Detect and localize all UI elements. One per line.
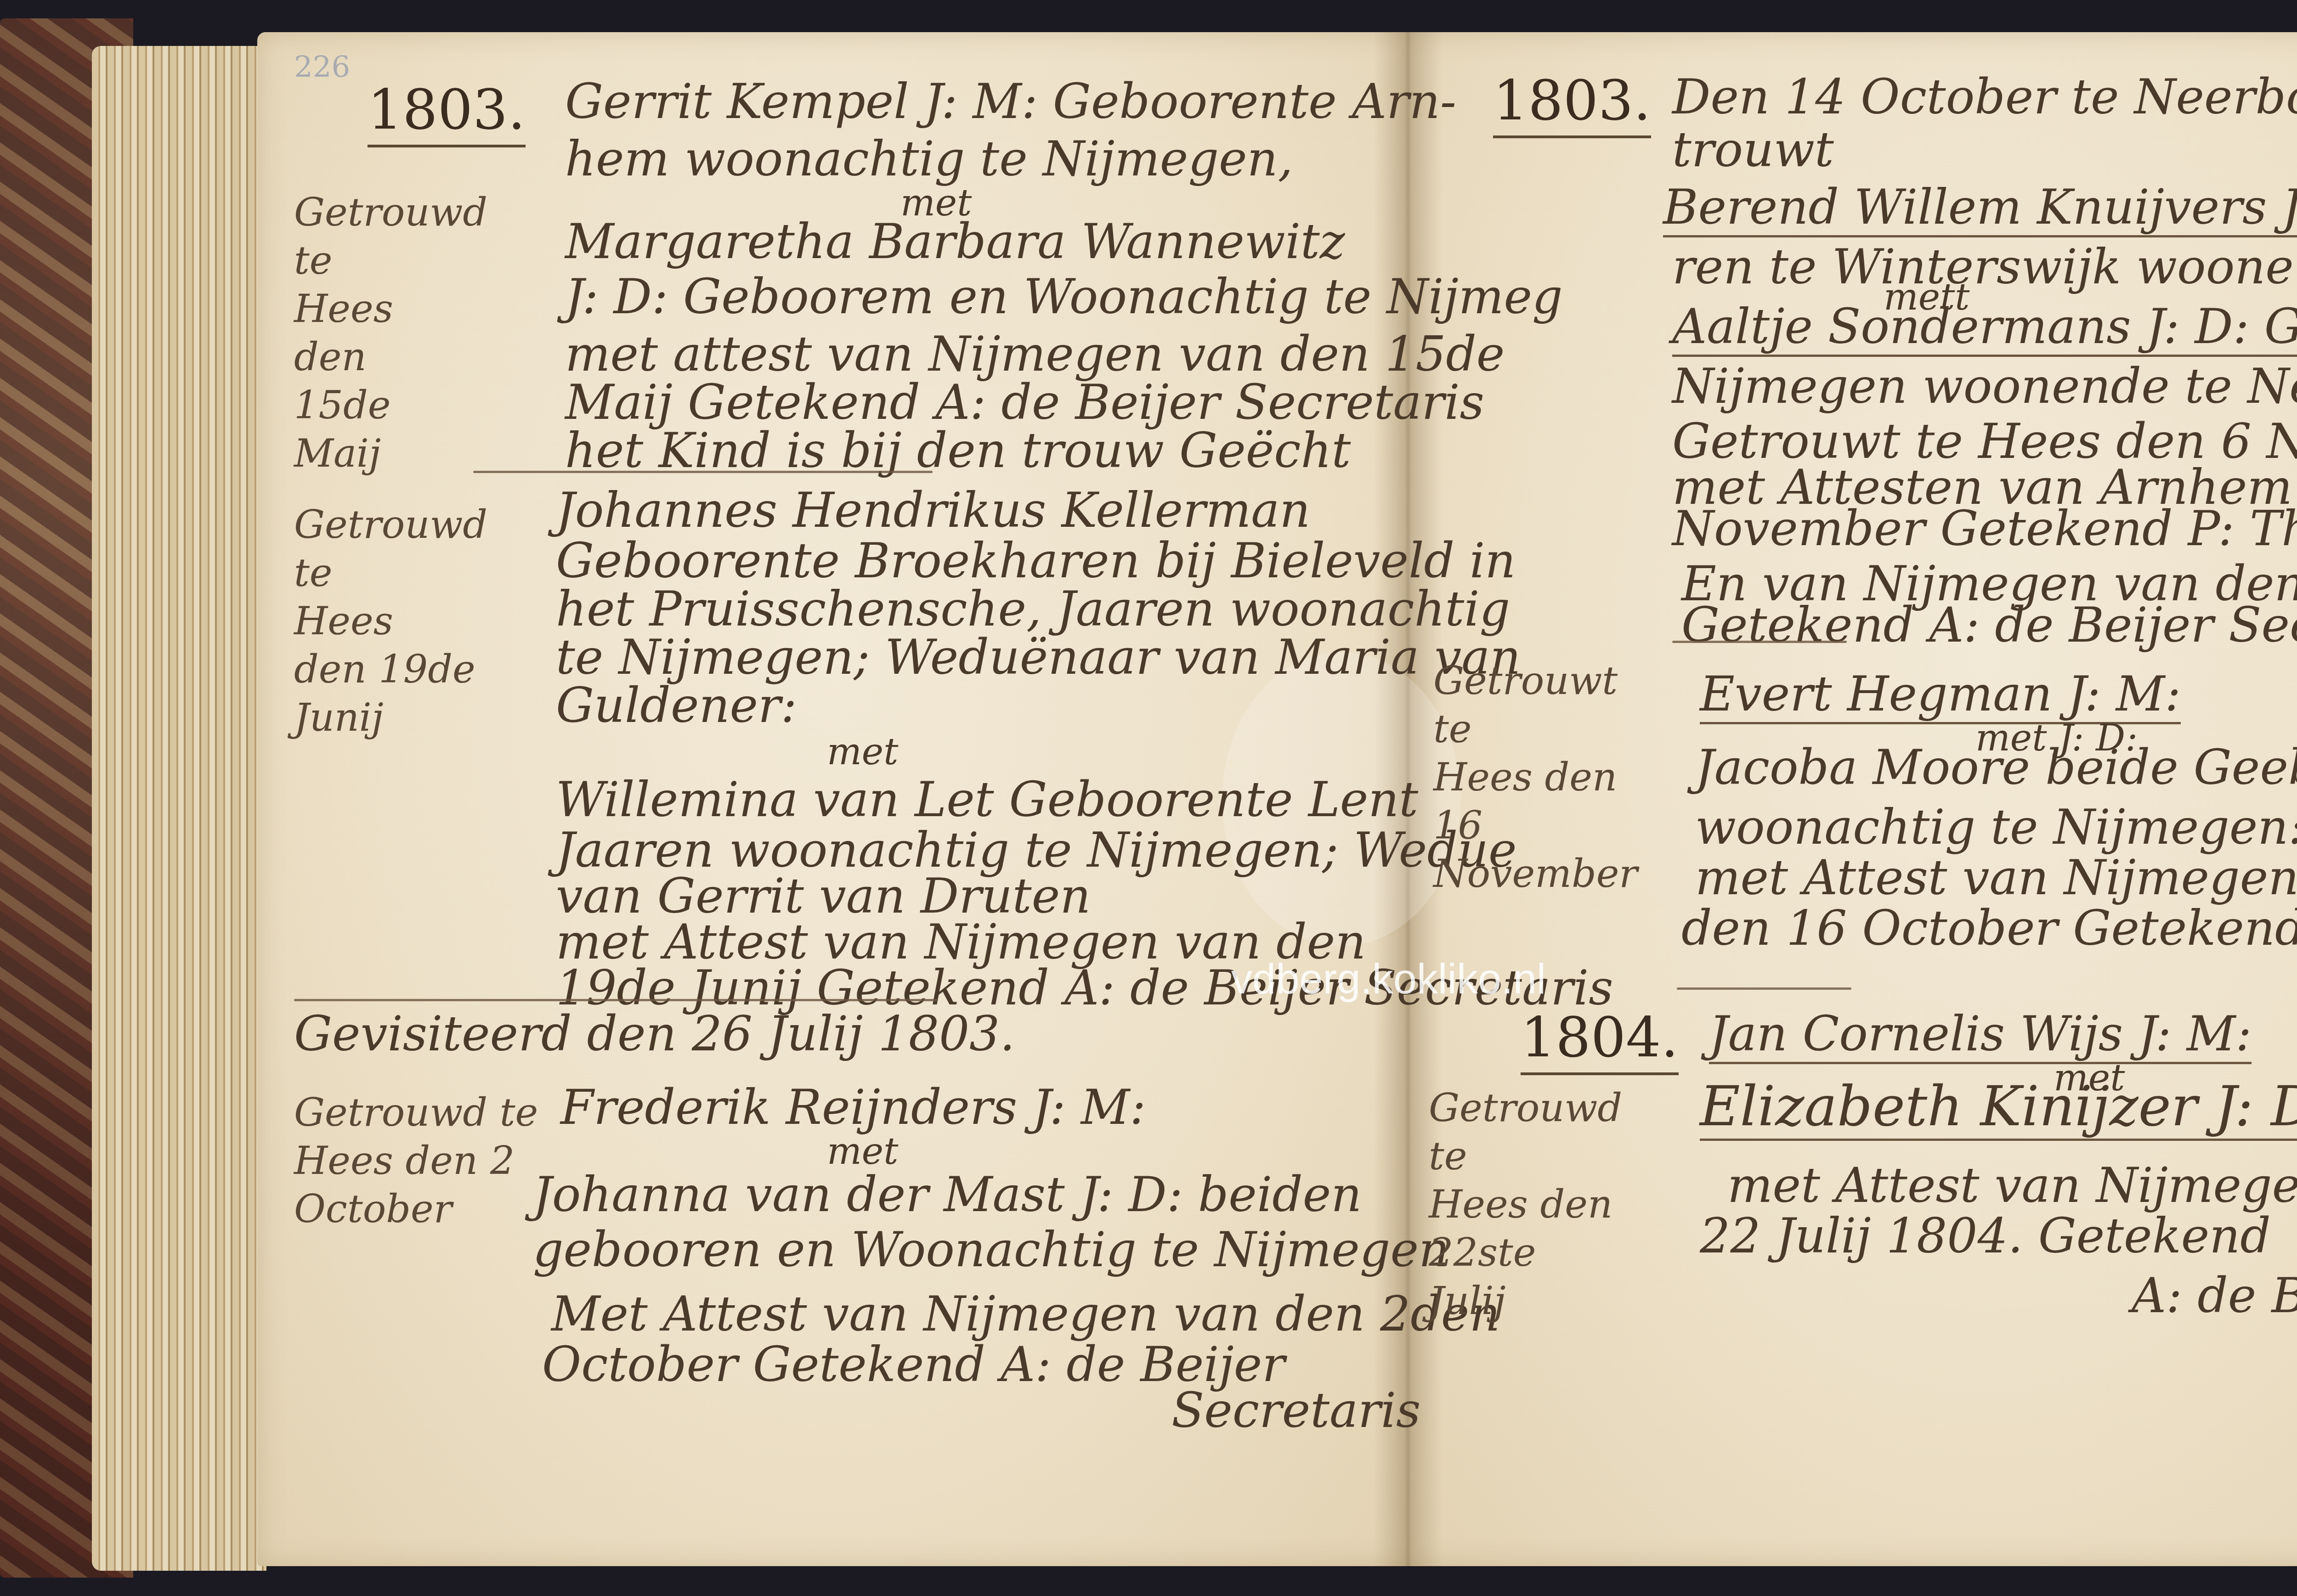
entry-line: met attest van Nijmegen van den 15de: [565, 326, 1505, 382]
entry-line: Geboorente Broekharen bij Bieleveld in: [556, 533, 1516, 589]
bride-name: Aaltje Sondermans J: D: Geboorente: [1672, 299, 2297, 357]
entry-line: Met Attest van Nijmegen van den 2den: [551, 1286, 1500, 1342]
margin-note-line: Getrouwd te: [294, 501, 478, 597]
entry-line: met Attest van Nijmegen van: [1695, 850, 2297, 906]
page-number-left: 226: [294, 51, 350, 85]
entry-line: Aaltje Sondermans J: D: Geboorente: [1672, 299, 2297, 355]
margin-note-line: November: [1433, 850, 1663, 898]
margin-note-line: Getrouwd te: [294, 188, 469, 285]
entry-year: 1804.: [1521, 1006, 1679, 1075]
entry-line: Nijmegen woonende te Neerbosch: [1672, 358, 2297, 414]
entry-line: gebooren en Woonachtig te Nijmegen: [533, 1222, 1449, 1278]
entry-line: Secretaris: [1171, 1382, 1420, 1438]
entry-line: Den 14 October te Neerbosch Onder-: [1672, 69, 2297, 125]
entry-line: Berend Willem Knuijvers J: M: Geboo-: [1663, 179, 2297, 235]
entry-line: Evert Hegman J: M:: [1700, 666, 2181, 722]
entry-line: woonachtig te Nijmegen:: [1695, 799, 2297, 855]
margin-note: Getrouwt te Hees den 16 November: [1433, 657, 1663, 898]
entry-connector: met: [827, 730, 898, 773]
groom-name: Jan Cornelis Wijs J: M:: [1709, 1006, 2252, 1064]
entry-line: trouwt: [1672, 122, 1834, 178]
entry-line: Jacoba Moore beide Geebooren en: [1695, 739, 2297, 795]
entry-line: Guldener:: [556, 677, 797, 733]
entry-line: met Attest van Nijmegen van den: [1727, 1157, 2297, 1213]
entry-line: het Kind is bij den trouw Geëcht: [565, 423, 1351, 479]
margin-note-line: Hees den 15de: [294, 285, 469, 429]
visitation-note: Gevisiteerd den 26 Julij 1803.: [294, 1006, 1015, 1062]
entry-line: Getekend A: de Beijer Secretaris: [1681, 597, 2297, 653]
margin-note-line: Getrouwt te: [1433, 657, 1663, 753]
entry-line: Margaretha Barbara Wannewitz: [565, 214, 1345, 270]
entry-line: te Nijmegen; Weduënaar van Maria van: [556, 629, 1521, 685]
watermark: vdberg.kokliko.nl: [1231, 955, 1546, 1004]
groom-name: Berend Willem Knuijvers J: M: Geboo-: [1663, 179, 2297, 237]
entry-line: November Getekend P: Thiebout Secretaris: [1672, 501, 2297, 557]
separator-rule: [1677, 987, 1851, 990]
entry-line: Elizabeth Kinijzer J: D:: [1700, 1075, 2297, 1139]
entry-line: Johanna van der Mast J: D: beiden: [533, 1167, 1362, 1223]
margin-note-line: Getrouwd te: [294, 1088, 551, 1137]
entry-line: den 16 October Getekend A: de Beijer: [1681, 900, 2297, 956]
entry-line: A: de Beijer Secretaris: [2132, 1268, 2297, 1324]
separator-rule: [473, 471, 933, 473]
margin-note: Getrouwd te Hees den 15de Maij: [294, 188, 469, 478]
margin-note-line: Getrouwd te: [1429, 1084, 1668, 1180]
page-edges-left: [92, 46, 266, 1571]
margin-note-line: Hees den 19de: [294, 597, 478, 694]
entry-line: Johannes Hendrikus Kellerman: [556, 482, 1310, 538]
margin-note-line: Maij: [294, 429, 469, 478]
entry-line: Maij Getekend A: de Beijer Secretaris: [565, 374, 1484, 430]
margin-note: Getrouwd te Hees den 22ste Julij: [1429, 1084, 1668, 1325]
margin-note: Getrouwd te Hees den 19de Junij: [294, 501, 478, 742]
entry-line: 22 Julij 1804. Getekend: [1700, 1208, 2271, 1264]
groom-name: Evert Hegman J: M:: [1700, 666, 2181, 724]
entry-line: Willemina van Let Geboorente Lent: [556, 772, 1418, 828]
entry-line: Gerrit Kempel J: M: Geboorente Arn-: [565, 73, 1456, 130]
separator-rule: [294, 999, 937, 1001]
entry-line: het Pruisschensche, Jaaren woonachtig: [556, 581, 1510, 637]
margin-note-line: Hees den 2 October: [294, 1137, 551, 1233]
margin-note-line: Julij: [1429, 1277, 1668, 1325]
bride-name: Elizabeth Kinijzer J: D:: [1700, 1075, 2297, 1141]
margin-note-line: Hees den 16: [1433, 753, 1663, 850]
entry-line: ren te Winterswijk woonende te Arnhem,: [1672, 239, 2297, 295]
entry-year: 1803.: [368, 78, 526, 147]
entry-year: 1803.: [1493, 69, 1651, 138]
entry-line: J: D: Geboorem en Woonachtig te Nijmeg: [565, 269, 1563, 325]
separator-rule: [1672, 641, 1847, 643]
margin-note: Getrouwd te Hees den 2 October: [294, 1088, 551, 1233]
entry-line: Frederik Reijnders J: M:: [560, 1079, 1146, 1135]
margin-note-line: Hees den 22ste: [1429, 1180, 1668, 1277]
entry-line: hem woonachtig te Nijmegen,: [565, 131, 1293, 187]
margin-note-line: Junij: [294, 694, 478, 742]
entry-line: Jan Cornelis Wijs J: M:: [1709, 1006, 2252, 1062]
